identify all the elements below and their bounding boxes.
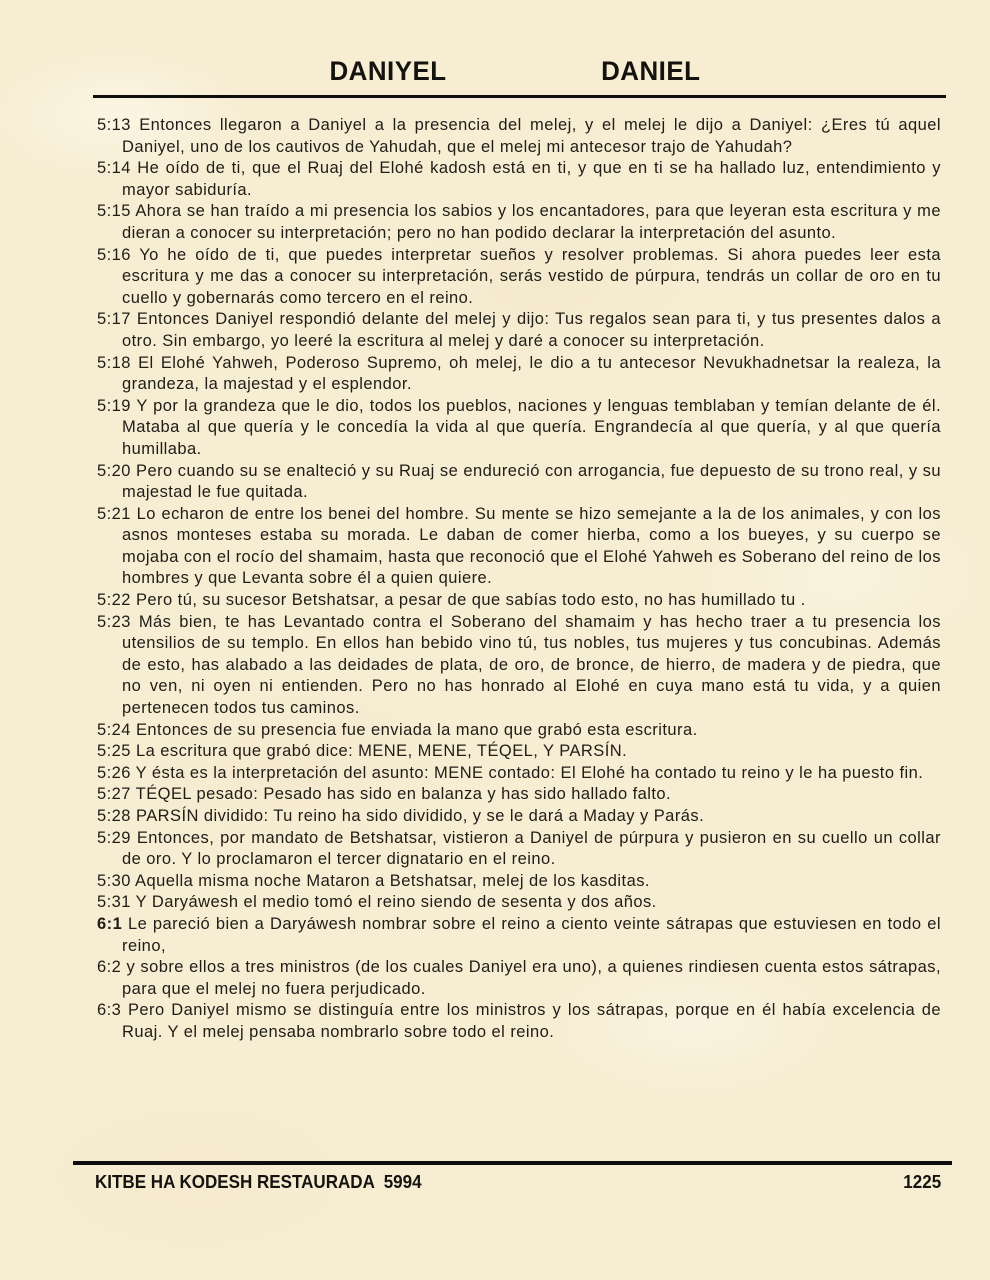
verse-paragraph: 6:3 Pero Daniyel mismo se distinguía ent… xyxy=(97,1000,941,1043)
verse-number: 5:25 xyxy=(97,742,131,760)
verse-number: 5:21 xyxy=(97,505,131,523)
verse-text: Yo he oído de ti, que puedes interpretar… xyxy=(122,246,941,307)
verse-paragraph: 5:26 Y ésta es la interpretación del asu… xyxy=(97,763,941,785)
verse-text: PARSÍN dividido: Tu reino ha sido dividi… xyxy=(136,807,704,825)
verse-paragraph: 5:24 Entonces de su presencia fue enviad… xyxy=(97,720,941,742)
footer-rule xyxy=(73,1161,952,1165)
verse-text: Y ésta es la interpretación del asunto: … xyxy=(136,764,924,782)
verse-text: Y por la grandeza que le dio, todos los … xyxy=(122,397,941,458)
page-title-right: DANIEL xyxy=(601,56,700,87)
verse-text: Le pareció bien a Daryáwesh nombrar sobr… xyxy=(122,915,941,955)
verse-text: La escritura que grabó dice: MENE, MENE,… xyxy=(136,742,627,760)
verse-paragraph: 5:29 Entonces, por mandato de Betshatsar… xyxy=(97,828,941,871)
verse-paragraph: 5:31 Y Daryáwesh el medio tomó el reino … xyxy=(97,892,941,914)
verse-paragraph: 6:1 Le pareció bien a Daryáwesh nombrar … xyxy=(97,914,941,957)
verse-text: Y Daryáwesh el medio tomó el reino siend… xyxy=(136,893,657,911)
verse-paragraph: 5:22 Pero tú, su sucesor Betshatsar, a p… xyxy=(97,590,941,612)
verse-number: 5:13 xyxy=(97,116,131,134)
verse-text: Entonces Daniyel respondió delante del m… xyxy=(122,310,941,350)
verse-number: 5:15 xyxy=(97,202,131,220)
verse-text: Pero Daniyel mismo se distinguía entre l… xyxy=(122,1001,941,1041)
page-title-left: DANIYEL xyxy=(330,56,447,87)
verse-text: Entonces llegaron a Daniyel a la presenc… xyxy=(122,116,941,156)
verse-number: 5:24 xyxy=(97,721,131,739)
verse-number: 5:16 xyxy=(97,246,131,264)
verse-paragraph: 5:21 Lo echaron de entre los benei del h… xyxy=(97,504,941,590)
verse-paragraph: 5:13 Entonces llegaron a Daniyel a la pr… xyxy=(97,115,941,158)
verse-number: 6:1 xyxy=(97,915,122,933)
verse-text: Pero tú, su sucesor Betshatsar, a pesar … xyxy=(136,591,806,609)
verse-text: Entonces, por mandato de Betshatsar, vis… xyxy=(122,829,941,869)
verse-number: 5:18 xyxy=(97,354,131,372)
verse-paragraph: 5:28 PARSÍN dividido: Tu reino ha sido d… xyxy=(97,806,941,828)
verse-text: El Elohé Yahweh, Poderoso Supremo, oh me… xyxy=(122,354,941,394)
verse-number: 5:14 xyxy=(97,159,131,177)
verse-text: Pero cuando su se enalteció y su Ruaj se… xyxy=(122,462,941,502)
verse-text: Más bien, te has Levantado contra el Sob… xyxy=(122,613,941,717)
verse-number: 5:22 xyxy=(97,591,131,609)
verse-paragraph: 5:23 Más bien, te has Levantado contra e… xyxy=(97,612,941,720)
page-header: DANIYEL DANIEL xyxy=(40,0,990,87)
verse-paragraph: 5:25 La escritura que grabó dice: MENE, … xyxy=(97,741,941,763)
verse-number: 5:30 xyxy=(97,872,131,890)
verse-text: Lo echaron de entre los benei del hombre… xyxy=(122,505,941,588)
verse-number: 5:27 xyxy=(97,785,131,803)
verse-number: 5:20 xyxy=(97,462,131,480)
verse-paragraph: 5:16 Yo he oído de ti, que puedes interp… xyxy=(97,245,941,310)
verse-paragraph: 5:18 El Elohé Yahweh, Poderoso Supremo, … xyxy=(97,353,941,396)
verse-text: Aquella misma noche Mataron a Betshatsar… xyxy=(135,872,650,890)
verse-text: Entonces de su presencia fue enviada la … xyxy=(136,721,698,739)
verse-number: 5:26 xyxy=(97,764,131,782)
verse-list: 5:13 Entonces llegaron a Daniyel a la pr… xyxy=(97,115,941,1044)
verse-text: TÉQEL pesado: Pesado has sido en balanza… xyxy=(136,785,671,803)
verse-paragraph: 5:30 Aquella misma noche Mataron a Betsh… xyxy=(97,871,941,893)
verse-number: 5:23 xyxy=(97,613,131,631)
verse-text: Ahora se han traído a mi presencia los s… xyxy=(122,202,941,242)
verse-text: y sobre ellos a tres ministros (de los c… xyxy=(122,958,941,998)
footer-left-text: KITBE HA KODESH RESTAURADA 5994 xyxy=(95,1171,422,1193)
verse-paragraph: 5:19 Y por la grandeza que le dio, todos… xyxy=(97,396,941,461)
header-rule xyxy=(93,95,946,98)
footer-page-number: 1225 xyxy=(903,1171,941,1193)
verse-paragraph: 5:27 TÉQEL pesado: Pesado has sido en ba… xyxy=(97,784,941,806)
verse-number: 5:28 xyxy=(97,807,131,825)
verse-text: He oído de ti, que el Ruaj del Elohé kad… xyxy=(122,159,941,199)
verse-paragraph: 5:17 Entonces Daniyel respondió delante … xyxy=(97,309,941,352)
verse-number: 6:3 xyxy=(97,1001,121,1019)
page-footer: KITBE HA KODESH RESTAURADA 5994 1225 xyxy=(95,1171,941,1193)
verse-number: 5:19 xyxy=(97,397,131,415)
verse-paragraph: 5:14 He oído de ti, que el Ruaj del Eloh… xyxy=(97,158,941,201)
document-page: DANIYEL DANIEL 5:13 Entonces llegaron a … xyxy=(0,0,990,1280)
verse-number: 5:31 xyxy=(97,893,131,911)
verse-number: 5:17 xyxy=(97,310,131,328)
verse-paragraph: 5:15 Ahora se han traído a mi presencia … xyxy=(97,201,941,244)
verse-number: 5:29 xyxy=(97,829,131,847)
verse-paragraph: 6:2 y sobre ellos a tres ministros (de l… xyxy=(97,957,941,1000)
verse-number: 6:2 xyxy=(97,958,121,976)
verse-paragraph: 5:20 Pero cuando su se enalteció y su Ru… xyxy=(97,461,941,504)
